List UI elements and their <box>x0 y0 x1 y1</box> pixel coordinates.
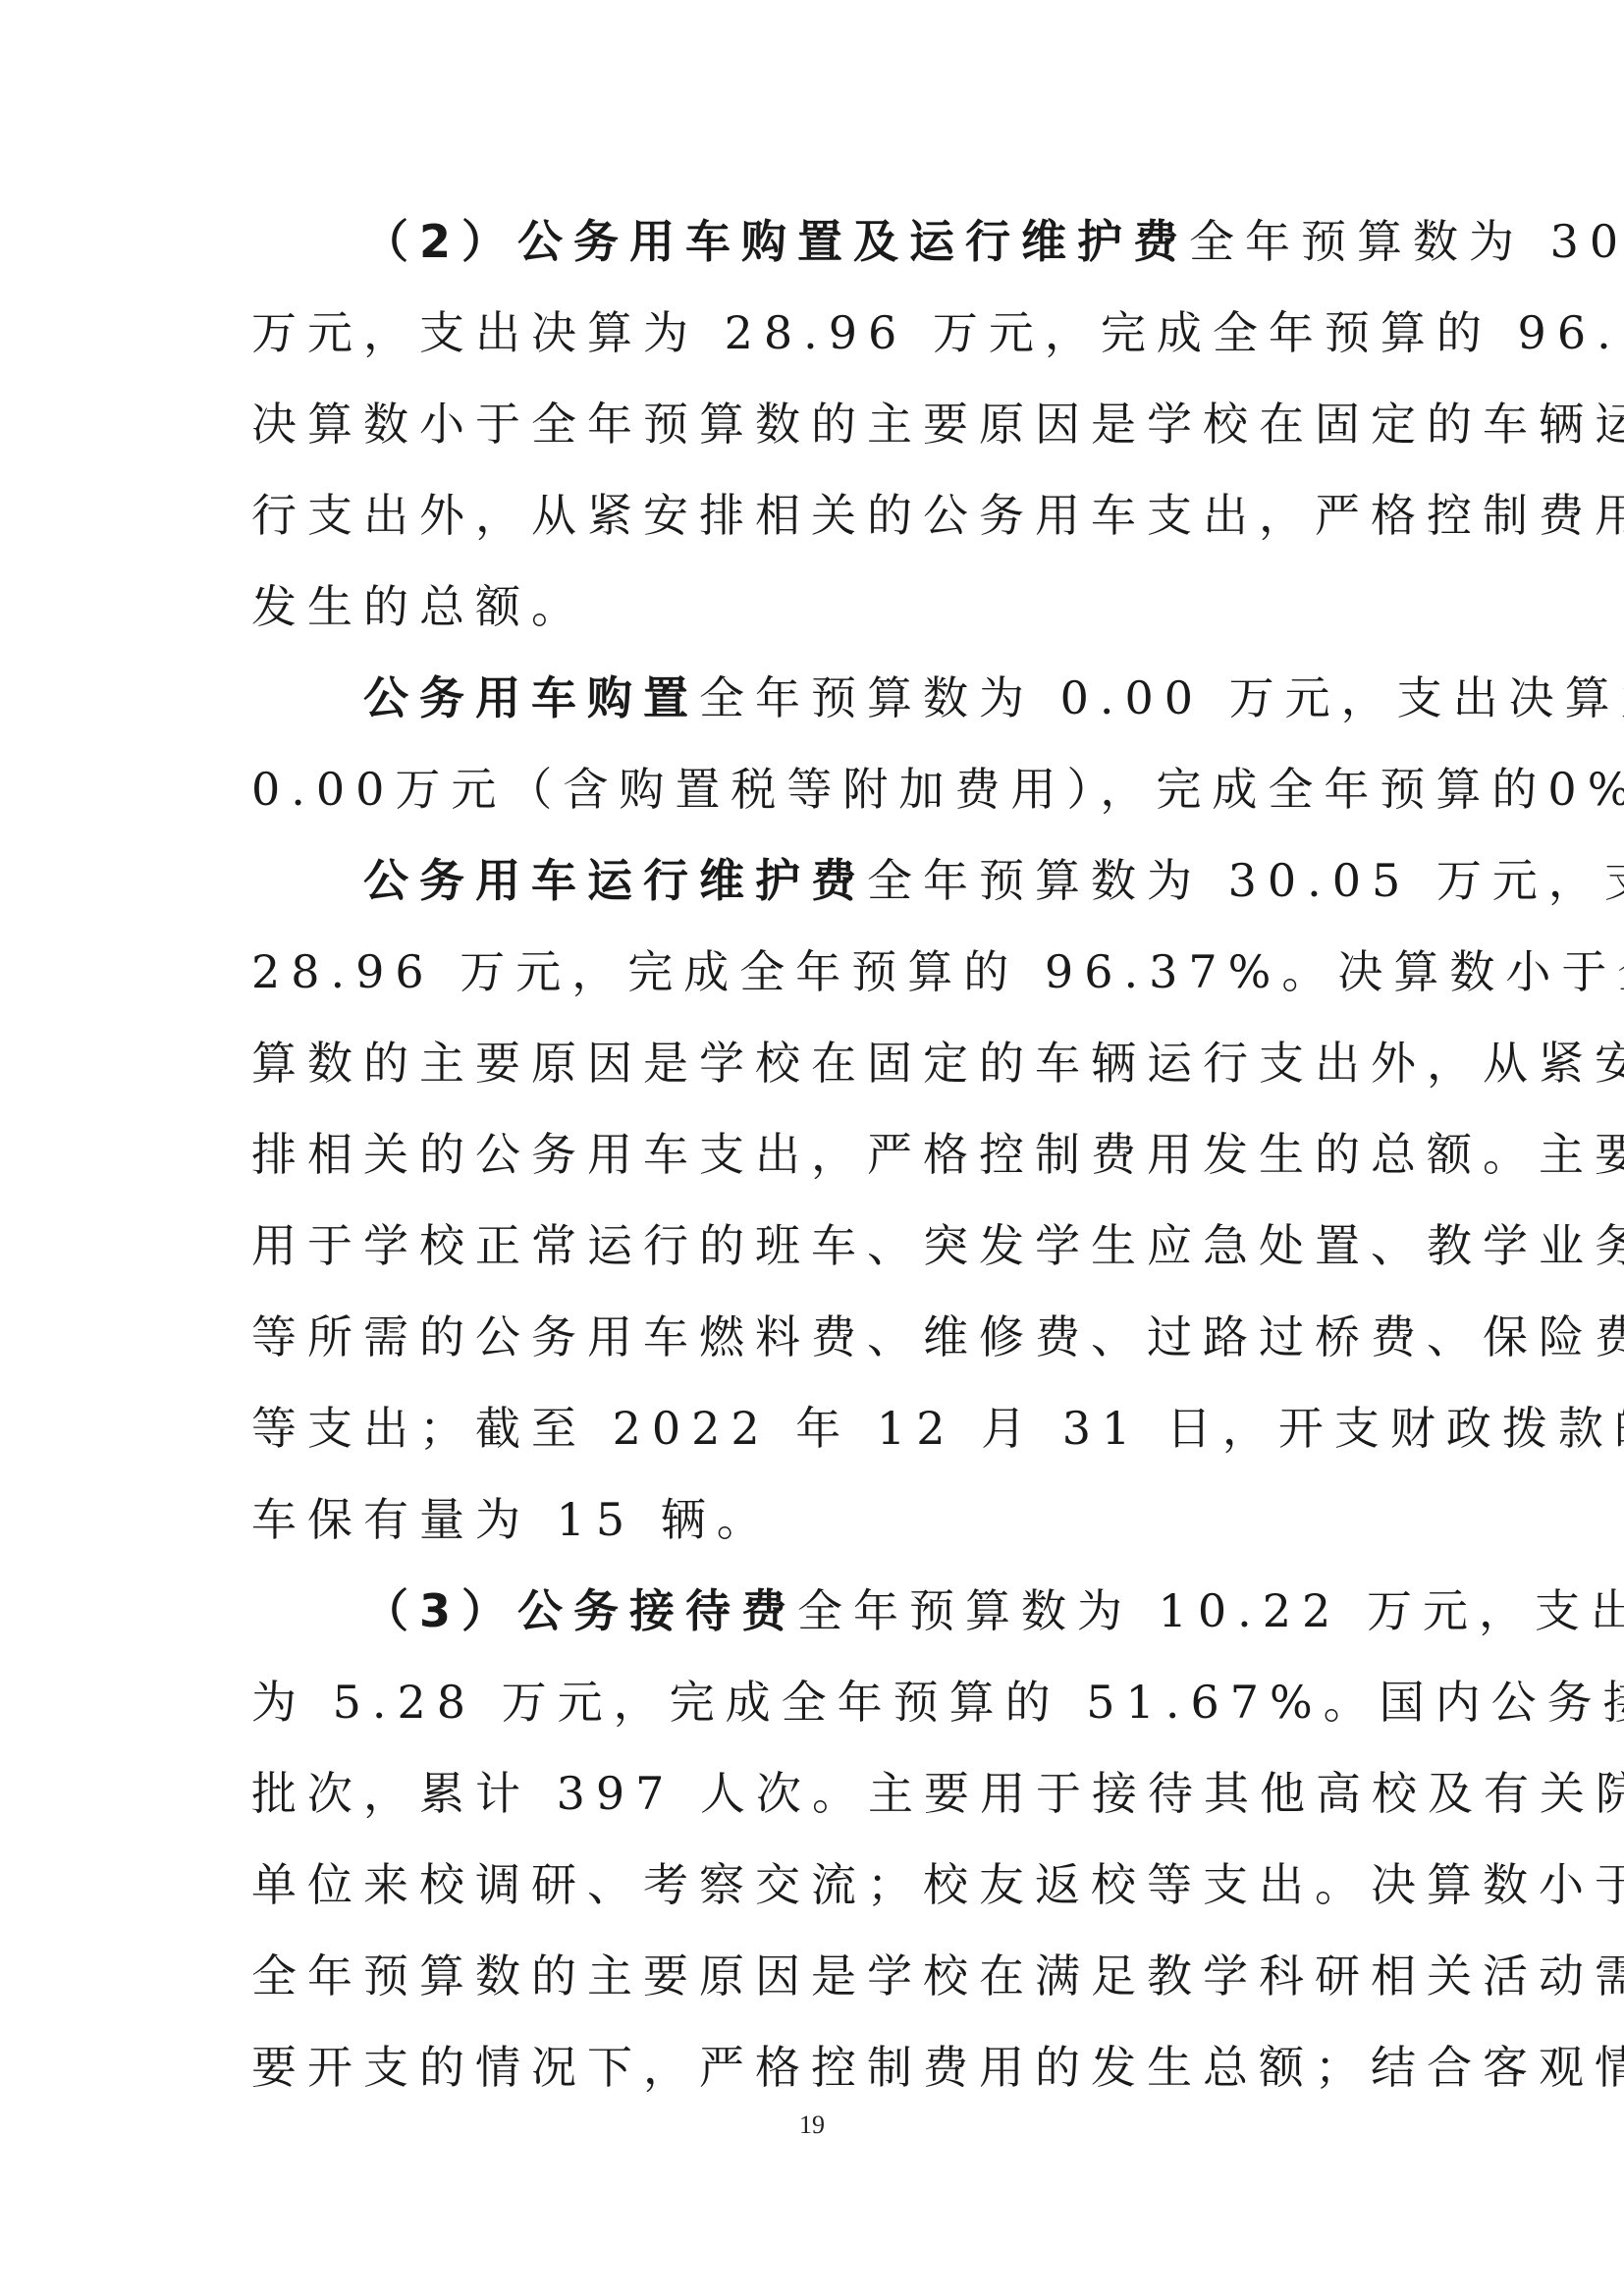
paragraph-2-line-1: （2）公务用车购置及运行维护费全年预算数为 30.05 <box>363 212 1390 271</box>
heading-vehicle-maintenance: 公务用车运行维护费 <box>363 854 867 907</box>
paragraph-maintenance-line-1: 公务用车运行维护费全年预算数为 30.05 万元，支出 <box>363 851 1390 910</box>
paragraph-2-line-3: 决算数小于全年预算数的主要原因是学校在固定的车辆运 <box>251 395 1390 454</box>
paragraph-maintenance-line-7: 等支出；截至 2022 年 12 月 31 日，开支财政拨款的公务用 <box>251 1399 1390 1458</box>
paragraph-maintenance-line-3: 算数的主要原因是学校在固定的车辆运行支出外，从紧安 <box>251 1034 1390 1093</box>
paragraph-3-line-6: 要开支的情况下，严格控制费用的发生总额；结合客观情 <box>251 2038 1390 2097</box>
paragraph-maintenance-line-6: 等所需的公务用车燃料费、维修费、过路过桥费、保险费 <box>251 1308 1390 1366</box>
paragraph-2-line-4: 行支出外，从紧安排相关的公务用车支出，严格控制费用 <box>251 486 1390 545</box>
paragraph-2-line-5: 发生的总额。 <box>251 577 1390 636</box>
document-page: （2）公务用车购置及运行维护费全年预算数为 30.05 万元，支出决算为 28.… <box>0 0 1624 2296</box>
paragraph-purchase-line-2: 0.00万元（含购置税等附加费用），完成全年预算的0%。 <box>251 760 1390 819</box>
page-number: 19 <box>0 2110 1624 2140</box>
paragraph-maintenance-line-2: 28.96 万元，完成全年预算的 96.37%。决算数小于全年预 <box>251 942 1390 1001</box>
heading-vehicle-purchase: 公务用车购置 <box>363 671 699 724</box>
paragraph-3-line-5: 全年预算数的主要原因是学校在满足教学科研相关活动需 <box>251 1947 1390 2005</box>
paragraph-maintenance-line-5: 用于学校正常运行的班车、突发学生应急处置、教学业务 <box>251 1216 1390 1275</box>
paragraph-maintenance-line-4: 排相关的公务用车支出，严格控制费用发生的总额。主要 <box>251 1125 1390 1184</box>
paragraph-3-line-3: 批次，累计 397 人次。主要用于接待其他高校及有关院所、 <box>251 1764 1390 1823</box>
paragraph-3-line-2: 为 5.28 万元，完成全年预算的 51.67%。国内公务接待 42 <box>251 1673 1390 1732</box>
heading-vehicle-total: （2）公务用车购置及运行维护费 <box>363 215 1189 268</box>
paragraph-3-line-1: （3）公务接待费全年预算数为 10.22 万元，支出决算 <box>363 1581 1390 1640</box>
paragraph-maintenance-line-8: 车保有量为 15 辆。 <box>251 1490 1390 1549</box>
paragraph-purchase-line-1: 公务用车购置全年预算数为 0.00 万元，支出决算为 <box>363 668 1390 727</box>
heading-reception: （3）公务接待费 <box>363 1584 797 1637</box>
paragraph-2-line-2: 万元，支出决算为 28.96 万元，完成全年预算的 96.37%。 <box>251 303 1390 362</box>
paragraph-3-line-4: 单位来校调研、考察交流；校友返校等支出。决算数小于 <box>251 1855 1390 1914</box>
